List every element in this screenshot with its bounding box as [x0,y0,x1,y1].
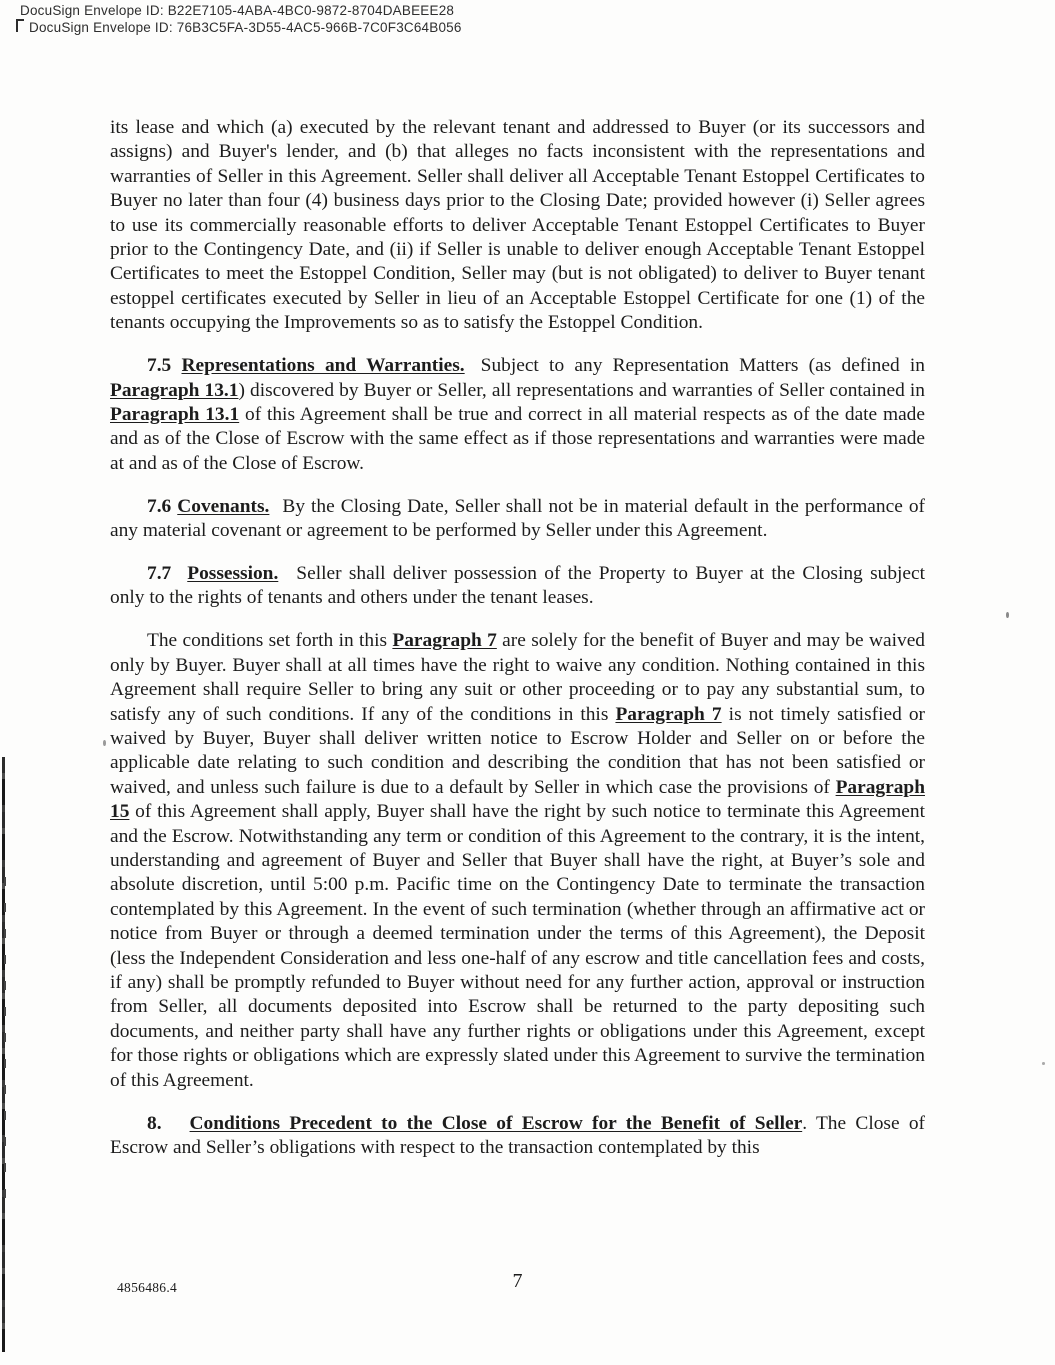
para-section-7-5: 7.5 Representations and Warranties. Subj… [110,354,925,476]
docusign-envelope-id-clipped: DocuSign Envelope ID: B22E7105-4ABA-4BC0… [20,3,454,20]
scan-speck [1006,612,1009,618]
tab-space [269,495,282,519]
para-section-7-6: 7.6 Covenants. By the Closing Date, Sell… [110,495,925,544]
para-lease-continuation: its lease and which (a) executed by the … [110,116,925,336]
document-body: its lease and which (a) executed by the … [110,116,925,1179]
section-7-5-number: 7.5 [147,355,181,376]
para-section-8: 8. Conditions Precedent to the Close of … [110,1112,925,1161]
xref-paragraph-7: Paragraph 7 [615,704,721,725]
scan-crop-mark [16,19,24,32]
docusign-envelope-id: DocuSign Envelope ID: 76B3C5FA-3D55-4AC5… [29,20,462,35]
docusign-envelope-id-clipped-text: DocuSign Envelope ID: B22E7105-4ABA-4BC0… [20,3,454,18]
tab-space [171,562,187,586]
scan-speck [103,740,106,746]
section-8-number: 8. [147,1113,162,1134]
page-number: 7 [110,1270,925,1293]
section-7-7-heading: Possession. [187,563,278,584]
xref-paragraph-13-1: Paragraph 13.1 [110,404,239,425]
para-section-7-7: 7.7 Possession. Seller shall deliver pos… [110,562,925,611]
section-7-6-number: 7.6 [147,496,177,517]
scan-speck [1042,1062,1045,1065]
docusign-envelope-id-text: DocuSign Envelope ID: 76B3C5FA-3D55-4AC5… [29,20,462,35]
xref-paragraph-7: Paragraph 7 [392,630,496,651]
tab-space [278,562,296,586]
para-paragraph-7-conditions: The conditions set forth in this Paragra… [110,629,925,1093]
section-7-7-number: 7.7 [147,563,171,584]
section-7-6-heading: Covenants. [177,496,269,517]
document-page: DocuSign Envelope ID: B22E7105-4ABA-4BC0… [0,0,1055,1365]
tab-space [162,1112,190,1136]
section-8-heading: Conditions Precedent to the Close of Esc… [190,1113,803,1134]
tab-space [465,354,481,378]
xref-paragraph-13-1: Paragraph 13.1 [110,380,238,401]
scan-artifact-line [2,757,5,1352]
section-7-5-heading: Representations and Warranties. [181,355,464,376]
